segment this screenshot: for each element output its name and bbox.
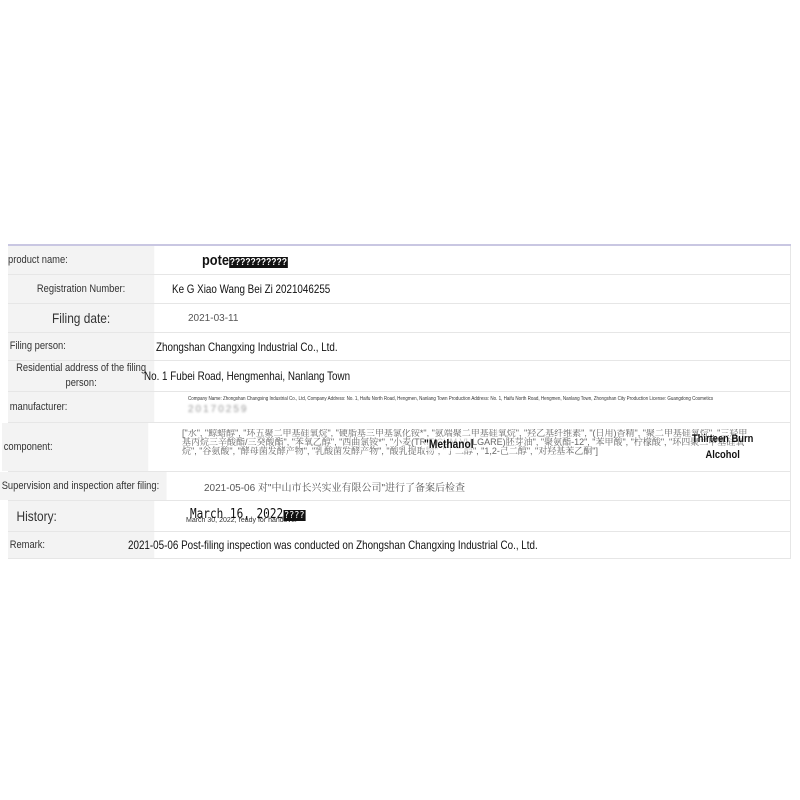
row-remark: Remark: 2021-05-06 Post-filing inspectio… <box>8 532 791 559</box>
residential-address-text: No. 1 Fubei Road, Hengmenhai, Nanlang To… <box>144 369 350 383</box>
manufacturer-text: Company Name: Zhongshan Changxing Indust… <box>188 396 713 402</box>
row-history: History: March 30, 2022, ready for hando… <box>8 501 791 532</box>
label-component: component: <box>2 423 148 471</box>
filing-info-table: product name: pote??????????? Registrati… <box>8 244 791 559</box>
supervision-text: 2021-05-06 对"中山市长兴实业有限公司"进行了备案后检查 <box>204 479 465 494</box>
value-component: ["水", "鲸蜡醇", "环五聚二甲基硅氧烷", "硬脂基三甲基氯化铵*", … <box>174 423 791 471</box>
history-text: March 16, 2022???? <box>190 507 305 522</box>
overlay-alcohol-line1: Thirteen Burn <box>692 433 753 445</box>
label-supervision: Supervision and inspection after filing: <box>0 472 167 500</box>
manufacturer-license-blurred: 20170259 <box>188 404 249 415</box>
value-residential-address: No. 1 Fubei Road, Hengmenhai, Nanlang To… <box>180 361 791 391</box>
label-filing-person: Filing person: <box>8 333 154 360</box>
row-filing-person: Filing person: Zhongshan Changxing Indus… <box>8 333 791 361</box>
filing-person-text: Zhongshan Changxing Industrial Co., Ltd. <box>156 340 338 354</box>
value-registration-number: Ke G Xiao Wang Bei Zi 2021046255 <box>180 275 791 303</box>
remark-text: 2021-05-06 Post-filing inspection was co… <box>128 538 538 552</box>
value-history: March 30, 2022, ready for handover March… <box>180 501 791 531</box>
row-manufacturer: manufacturer: Company Name: Zhongshan Ch… <box>8 392 791 423</box>
product-name-prefix: pote <box>202 252 229 269</box>
history-date: March 16, 2022 <box>190 507 283 522</box>
value-remark: 2021-05-06 Post-filing inspection was co… <box>180 532 791 558</box>
registration-number-text: Ke G Xiao Wang Bei Zi 2021046255 <box>172 282 330 296</box>
label-product-name: product name: <box>8 246 154 274</box>
row-product-name: product name: pote??????????? <box>8 246 791 275</box>
component-overlay-alcohol: Thirteen BurnAlcohol <box>692 431 753 463</box>
filing-date-text: 2021-03-11 <box>188 313 238 324</box>
label-manufacturer: manufacturer: <box>8 392 154 422</box>
product-name-masked: ??????????? <box>229 257 288 268</box>
value-filing-person: Zhongshan Changxing Industrial Co., Ltd. <box>180 333 791 360</box>
value-product-name: pote??????????? <box>180 246 791 274</box>
label-registration-number: Registration Number: <box>8 275 154 303</box>
row-residential-address: Residential address of the filing person… <box>8 361 791 392</box>
row-supervision: Supervision and inspection after filing:… <box>8 472 791 501</box>
value-manufacturer: Company Name: Zhongshan Changxing Indust… <box>180 392 791 422</box>
history-masked: ???? <box>283 510 305 521</box>
label-residential-address: Residential address of the filing person… <box>8 361 154 391</box>
label-history: History: <box>8 501 154 531</box>
row-component: component: ["水", "鲸蜡醇", "环五聚二甲基硅氧烷", "硬脂… <box>8 423 791 472</box>
row-filing-date: Filing date: 2021-03-11 <box>8 304 791 333</box>
row-registration-number: Registration Number: Ke G Xiao Wang Bei … <box>8 275 791 304</box>
component-overlay-methanol: "Methanol <box>424 437 474 451</box>
value-filing-date: 2021-03-11 <box>180 304 791 332</box>
label-filing-date: Filing date: <box>8 304 154 332</box>
product-name-text: pote??????????? <box>202 252 288 269</box>
value-supervision: 2021-05-06 对"中山市长兴实业有限公司"进行了备案后检查 <box>172 472 791 500</box>
overlay-alcohol-line2: Alcohol <box>706 449 740 461</box>
